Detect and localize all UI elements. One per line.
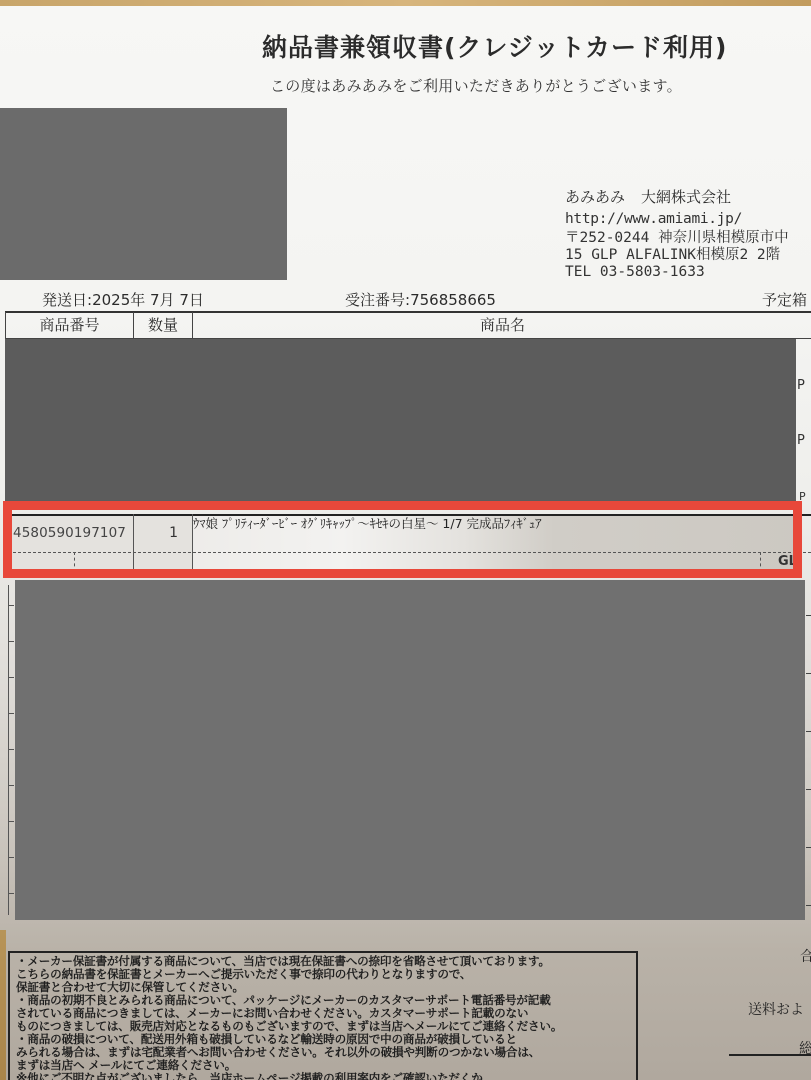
column-divider bbox=[133, 514, 134, 572]
background-wood-edge bbox=[0, 930, 6, 1080]
header-product-name: 商品名 bbox=[193, 312, 811, 339]
total-label: 合 bbox=[800, 946, 811, 966]
table-left-ticks bbox=[8, 585, 14, 915]
planned-label: 予定箱 bbox=[762, 289, 807, 310]
order-number-label: 受注番号: bbox=[345, 291, 410, 309]
ship-date-label: 発送日: bbox=[42, 291, 92, 309]
redacted-customer-address bbox=[0, 108, 287, 280]
side-tag: P bbox=[797, 378, 805, 393]
product-quantity: 1 bbox=[136, 525, 178, 541]
column-divider-dashed bbox=[760, 552, 761, 572]
header-quantity: 数量 bbox=[134, 312, 193, 339]
redacted-rows-bottom bbox=[15, 580, 805, 920]
product-sub-tag: GL bbox=[778, 554, 797, 569]
company-name: あみあみ大網株式会社 bbox=[565, 186, 731, 207]
product-code: 4580590197107 bbox=[13, 525, 133, 541]
table-right-ticks bbox=[806, 585, 811, 915]
company-address-line1: 〒252-0244 神奈川県相模原市中 bbox=[565, 229, 789, 247]
company-address-line2: 15 GLP ALFALINK相模原2 2階 bbox=[565, 246, 780, 264]
product-name: ｳﾏ娘 ﾌﾟﾘﾃｨｰﾀﾞｰﾋﾞｰ ｵｸﾞﾘｷｬｯﾌﾟ～ｷｾｷの白星～ 1/7 完… bbox=[193, 514, 773, 534]
company-legal-name: 大網株式会社 bbox=[641, 188, 731, 206]
column-divider-dashed bbox=[74, 552, 75, 572]
order-number: 受注番号:756858665 bbox=[345, 289, 496, 310]
notes-box-border bbox=[8, 951, 10, 1080]
notes-box-border bbox=[636, 951, 638, 1080]
greeting-text: この度はあみあみをご利用いただきありがとうございます。 bbox=[270, 75, 682, 96]
table-header: 商品番号 数量 商品名 bbox=[5, 312, 811, 339]
document-title: 納品書兼領収書(クレジットカード利用) bbox=[262, 28, 727, 64]
side-tag: P bbox=[797, 433, 805, 448]
row-dashed-divider bbox=[8, 552, 811, 553]
company-brand: あみあみ bbox=[565, 188, 625, 206]
sum-underline bbox=[729, 1054, 811, 1056]
notes-box-border bbox=[8, 951, 637, 953]
ship-date: 発送日:2025年 7月 7日 bbox=[42, 289, 204, 310]
shipping-label: 送料およ bbox=[748, 999, 804, 1019]
order-number-value: 756858665 bbox=[410, 291, 496, 309]
redacted-rows-top bbox=[5, 339, 796, 507]
ship-date-value: 2025年 7月 7日 bbox=[92, 291, 204, 309]
company-url: http://www.amiami.jp/ bbox=[565, 210, 742, 228]
side-tag: P bbox=[799, 490, 806, 503]
note-line: ※他にご不明な点がございましたら、当店ホームページ掲載の利用案内をご確認いただく… bbox=[16, 1072, 483, 1080]
company-tel: TEL 03-5803-1633 bbox=[565, 263, 705, 281]
header-product-code: 商品番号 bbox=[6, 312, 134, 339]
